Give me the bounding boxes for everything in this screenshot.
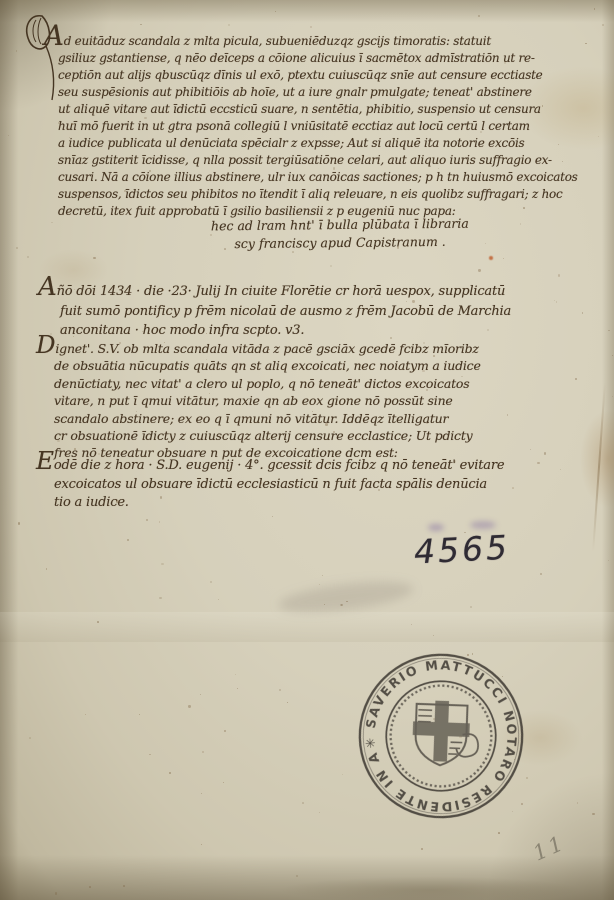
text-line: seu suspēsionis aut phibitiōis ab hoīe, …	[44, 84, 600, 101]
text-line: Ad euitāduz scandala z mlta picula, subu…	[44, 26, 600, 50]
latin-paragraph-4-concession: Eodē die z hora · S.D. eugenij · 4°. gce…	[36, 452, 596, 513]
pencil-smudge	[277, 576, 415, 618]
colophon-note: hec ad lram hnt' ī bulla plūbata ī libra…	[160, 214, 520, 254]
text-line: suspensos, īdictos seu phibitos no ītend…	[44, 186, 600, 203]
ink-smudge	[428, 524, 444, 531]
text-line: Eodē die z hora · S.D. eugenij · 4°. gce…	[36, 452, 596, 476]
text-line: excoicatos ul obsuare īdictū ecclesiasti…	[36, 476, 596, 495]
text-line: Dignet'. S.V. ob mlta scandala vitāda z …	[36, 336, 602, 357]
folio-number: 11	[530, 830, 570, 865]
text-line: vitare, n put ī qmui vitātur, maxie qn a…	[36, 392, 602, 409]
text-line: scandalo abstinere; ex eo q ī qmuni nō v…	[36, 410, 602, 427]
text-line: denūctiaty, nec vitat' a clero ul poplo,…	[36, 375, 602, 392]
text-line: ut aliquē vitare aut īdictū eccsticū sua…	[44, 101, 600, 118]
text-line: tio a iudice.	[36, 494, 596, 513]
text-line: fuit sumō pontificy p frēm nicolaū de au…	[38, 302, 598, 322]
text-line: snīaz gstiterit īcidisse, q nlla possit …	[44, 152, 600, 169]
manuscript-page-photo: Ad euitāduz scandala z mlta picula, subu…	[0, 0, 614, 900]
accession-number: 4565	[413, 528, 511, 572]
notary-stamp: ✳ SAVERIO MATTUCCI NOTARO RESIDENTE IN A…	[337, 632, 546, 841]
text-line: cr obsuationē īdicty z cuiuscūqz alterij…	[36, 427, 602, 444]
text-line: hec ad lram hnt' ī bulla plūbata ī libra…	[160, 214, 520, 236]
text-line: ceptiōn aut alijs qbuscūqz dīnis ul exō,…	[44, 67, 600, 84]
stamp-shield-with-cross-emblem	[412, 700, 480, 767]
text-line: cusari. Nā a cōione illius abstinere, ul…	[44, 169, 600, 186]
latin-paragraph-1: Ad euitāduz scandala z mlta picula, subu…	[44, 26, 600, 220]
text-line: Añō dōi 1434 · die ·23· Julij In ciuite …	[38, 278, 598, 302]
text-line: de obsuātia nūcupatis quāts qn st aliq e…	[36, 357, 602, 374]
latin-paragraph-3-petition: Dignet'. S.V. ob mlta scandala vitāda z …	[36, 336, 602, 462]
text-line: gsiliuz gstantiense, q nēo deīceps a cōi…	[44, 50, 600, 67]
red-ink-spot	[489, 256, 493, 260]
text-line: scy franciscy apud Capistranum .	[160, 232, 520, 254]
text-line: huī mō fuerit in ut gtra psonā collegiū …	[44, 118, 600, 135]
paper-fold-tone	[0, 612, 614, 642]
text-line: a iudice publicata ul denūciata spēcialr…	[44, 135, 600, 152]
latin-paragraph-2-dated-1434: Añō dōi 1434 · die ·23· Julij In ciuite …	[38, 278, 598, 341]
